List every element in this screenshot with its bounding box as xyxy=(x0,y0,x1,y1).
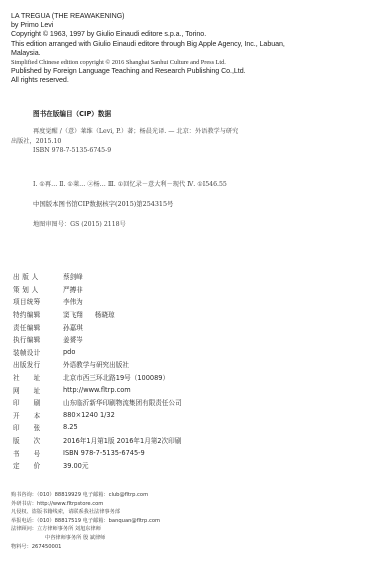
credit-value: 杨晓琼 xyxy=(95,309,115,319)
book-author: by Primo Levi xyxy=(11,21,371,30)
credit-value: ISBN 978-7-5135-6745-9 xyxy=(63,449,145,457)
credit-value: 姜赟岑 xyxy=(63,334,83,344)
map-review-number: 地图审图号：GS (2015) 2118号 xyxy=(33,219,126,228)
credits-table: 出 版 人蔡剑峰 策 划 人严搏非 项目统筹李伟为 特约编辑窦飞翔杨晓琼 责任编… xyxy=(13,270,353,472)
report-contact: 举报电话：（010）88817519 电子邮箱：banquan@fltrp.co… xyxy=(11,517,311,526)
cip-classification: Ⅰ. ①再… Ⅱ. ①莱… ②杨… Ⅲ. ①回忆录－意大利－现代 Ⅳ. ①I54… xyxy=(33,179,227,188)
credit-value: 山东临沂新华印刷物流集团有限责任公司 xyxy=(63,397,182,407)
english-rights-block: LA TREGUA (THE REAWAKENING) by Primo Lev… xyxy=(11,12,371,86)
website-link[interactable]: http://www.fltrp.com xyxy=(63,386,131,394)
book-original-title: LA TREGUA (THE REAWAKENING) xyxy=(11,12,371,21)
arrangement-line-1: This edition arranged with Giulio Einaud… xyxy=(11,40,371,49)
credit-value: 孙嘉琪 xyxy=(63,322,83,332)
credit-row: 项目统筹李伟为 xyxy=(13,295,353,308)
cip-title: 图书在版编目（CIP）数据 xyxy=(33,108,111,118)
credit-row: 印 张8.25 xyxy=(13,421,353,434)
credit-value: 蔡剑峰 xyxy=(63,271,83,281)
credit-value: 北京市西三环北路19号（100089） xyxy=(63,372,169,382)
credit-label: 出 版 人 xyxy=(13,271,63,281)
copyright-line: Copyright © 1963, 1997 by Giulio Einaudi… xyxy=(11,30,371,39)
credit-label: 印 张 xyxy=(13,422,63,432)
credit-row: 装帧设计pdo xyxy=(13,346,353,359)
credit-value: 李伟为 xyxy=(63,296,83,306)
credit-label: 策 划 人 xyxy=(13,284,63,294)
legal-counsel-2: 中咨律师事务所 殷 斌律师 xyxy=(11,534,311,543)
cip-isbn: ISBN 978-7-5135-6745-9 xyxy=(11,146,371,156)
credit-label: 印 刷 xyxy=(13,397,63,407)
credit-value: 外语教学与研究出版社 xyxy=(63,359,129,369)
cip-data-number: 中国版本图书馆CIP数据核字(2015)第254315号 xyxy=(33,199,173,208)
credit-row: 策 划 人严搏非 xyxy=(13,283,353,296)
credit-row: 网 址http://www.fltrp.com xyxy=(13,383,353,396)
credit-row: 社 址北京市西三环北路19号（100089） xyxy=(13,371,353,384)
publisher-line: Published by Foreign Language Teaching a… xyxy=(11,67,371,76)
credit-row: 开 本880×1240 1/32 xyxy=(13,409,353,422)
credit-value: 39.00元 xyxy=(63,460,88,470)
credit-row: 责任编辑孙嘉琪 xyxy=(13,320,353,333)
cip-line-1: 再度觉醒 /（意）莱维（Levi, P.）著；杨晨光译. — 北京：外语教学与研… xyxy=(11,127,371,137)
credit-label: 版 次 xyxy=(13,435,63,445)
bookstore-link[interactable]: 外研书店：http://www.fltrpstore.com xyxy=(11,500,311,509)
credit-value: 2016年1月第1版 2016年1月第2次印刷 xyxy=(63,435,181,445)
credit-label: 特约编辑 xyxy=(13,309,63,319)
credit-value: 880×1240 1/32 xyxy=(63,411,115,419)
credit-label: 责任编辑 xyxy=(13,322,63,332)
credit-row: 定 价39.00元 xyxy=(13,459,353,472)
credit-label: 定 价 xyxy=(13,460,63,470)
credit-label: 书 号 xyxy=(13,448,63,458)
credit-row: 版 次2016年1月第1版 2016年1月第2次印刷 xyxy=(13,434,353,447)
credit-label: 项目统筹 xyxy=(13,296,63,306)
credit-label: 装帧设计 xyxy=(13,347,63,357)
cip-line-2: 出版社，2015.10 xyxy=(11,137,371,147)
credit-label: 社 址 xyxy=(13,372,63,382)
credit-label: 网 址 xyxy=(13,385,63,395)
credit-row: 出 版 人蔡剑峰 xyxy=(13,270,353,283)
credit-row: 执行编辑姜赟岑 xyxy=(13,333,353,346)
credit-row: 出版发行外语教学与研究出版社 xyxy=(13,358,353,371)
piracy-notice: 凡侵权、盗版书籍线索，请联系我社法律事务部 xyxy=(11,508,311,517)
credit-label: 开 本 xyxy=(13,410,63,420)
credit-row: 书 号ISBN 978-7-5135-6745-9 xyxy=(13,446,353,459)
chinese-edition-line: Simplified Chinese edition copyright © 2… xyxy=(11,58,371,67)
material-number: 物料号：267450001 xyxy=(11,543,311,552)
legal-counsel-1: 法律顾问：立方律师事务所 刘旭东律师 xyxy=(11,525,311,534)
contact-footer: 购书咨询：（010）88819929 电子邮箱：club@fltrp.com 外… xyxy=(11,491,311,551)
credit-value: 窦飞翔 xyxy=(63,309,83,319)
credit-label: 执行编辑 xyxy=(13,334,63,344)
credit-value: pdo xyxy=(63,348,75,356)
arrangement-line-2: Malaysia. xyxy=(11,49,371,58)
credit-label: 出版发行 xyxy=(13,359,63,369)
credit-row: 特约编辑窦飞翔杨晓琼 xyxy=(13,308,353,321)
rights-reserved-line: All rights reserved. xyxy=(11,76,371,85)
credit-value: 8.25 xyxy=(63,423,78,431)
purchase-inquiry: 购书咨询：（010）88819929 电子邮箱：club@fltrp.com xyxy=(11,491,311,500)
credit-row: 印 刷山东临沂新华印刷物流集团有限责任公司 xyxy=(13,396,353,409)
credit-value: 严搏非 xyxy=(63,284,83,294)
cip-record: 再度觉醒 /（意）莱维（Levi, P.）著；杨晨光译. — 北京：外语教学与研… xyxy=(11,127,371,156)
